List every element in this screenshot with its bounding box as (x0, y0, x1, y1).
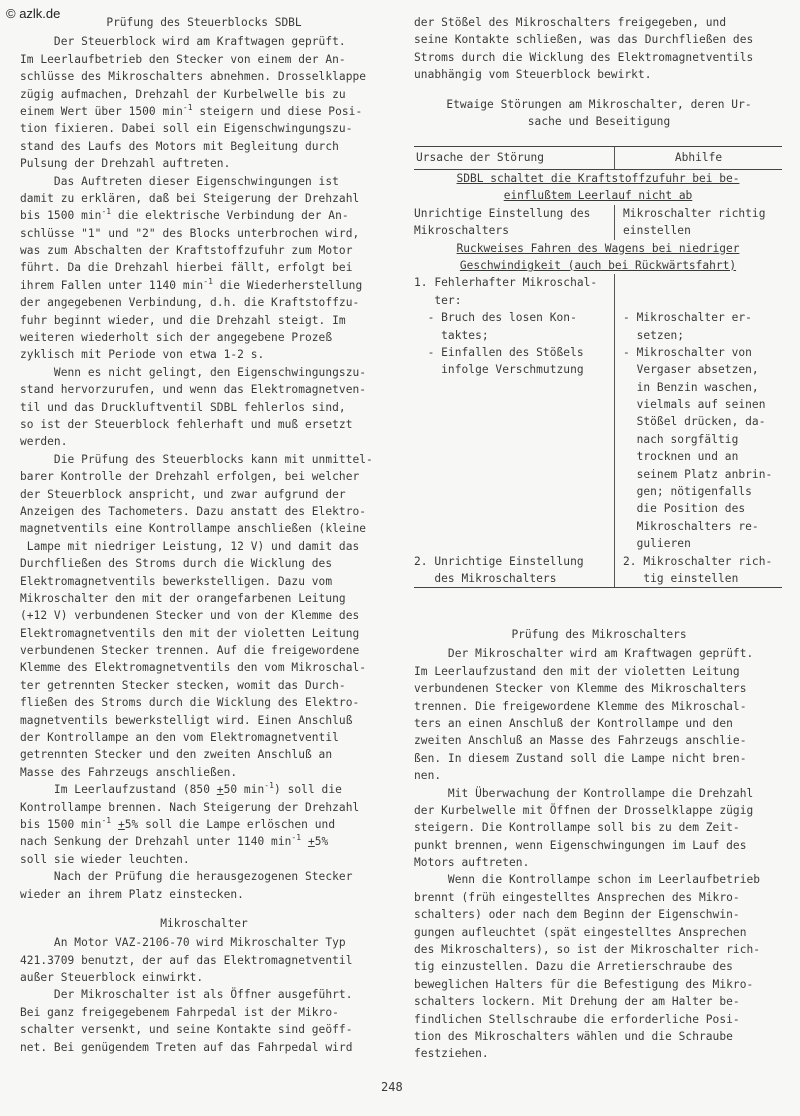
text-line: Durchfließen des Stroms durch die Wicklu… (20, 555, 388, 572)
text-line: schalters lockern. Mit Drehung der am Ha… (414, 993, 784, 1010)
text-line: Anzeigen des Tachometers. Dazu anstatt d… (20, 503, 388, 520)
section-title-pruefung-mikroschalter: Prüfung des Mikroschalters (414, 626, 784, 643)
text-line: schlüsse des Mikroschalters abnehmen. Dr… (20, 68, 388, 85)
caption-line: Etwaige Störungen am Mikroschalter, dere… (414, 96, 784, 113)
text-line: Elektromagnetventils den mit der violett… (20, 625, 388, 642)
section-title-steuerblock: Prüfung des Steuerblocks SDBL (20, 14, 388, 31)
troubleshooting-table: Ursache der Störung Abhilfe SDBL schalte… (414, 146, 782, 588)
left-body-text: Der Steuerblock wird am Kraftwagen geprü… (20, 33, 388, 903)
remedy-cell: 2. Mikroschalter rich- tig einstellen (615, 553, 782, 588)
text-line: verbundenen Stecker trennen. Auf die fre… (20, 642, 388, 659)
text-line: ter getrennten Stecker stecken, womit da… (20, 677, 388, 694)
text-line: barer Kontrolle der Drehzahl erfolgen, b… (20, 468, 388, 485)
table-section-title: Ruckweises Fahren des Wagens bei niedrig… (414, 240, 782, 257)
text-line: Das Auftreten dieser Eigenschwingungen i… (20, 173, 388, 190)
text-line: tig einzustellen. Dazu die Arretierschra… (414, 958, 784, 975)
text-line: so ist der Steuerblock fehlerhaft und mu… (20, 416, 388, 433)
table-section-title: Geschwindigkeit (auch bei Rückwärtsfahrt… (414, 257, 782, 274)
text-line: Der Steuerblock wird am Kraftwagen geprü… (20, 33, 388, 50)
text-line: festziehen. (414, 1045, 784, 1062)
cause-cell: Unrichtige Einstellung desMikroschalters (414, 205, 615, 240)
text-line: soll sie wieder leuchten. (20, 851, 388, 868)
table-header: Ursache der Störung Abhilfe (414, 147, 782, 169)
text-line: Im Leerlaufbetrieb den Stecker von einem… (20, 51, 388, 68)
text-line: nen. (414, 767, 784, 784)
text-line: damit zu erklären, daß bei Steigerung de… (20, 190, 388, 207)
section-title-mikroschalter: Mikroschalter (20, 915, 388, 932)
text-line: Mit Überwachung der Kontrollampe die Dre… (414, 785, 784, 802)
text-line: Bei ganz freigegebenem Fahrpedal ist der… (20, 1004, 388, 1021)
text-line: Motors auftreten. (414, 854, 784, 871)
text-line: Nach der Prüfung die herausgezogenen Ste… (20, 868, 388, 885)
text-line: An Motor VAZ-2106-70 wird Mikroschalter … (20, 934, 388, 951)
text-line: der Stößel des Mikroschalters freigegebe… (414, 14, 784, 31)
cause-cell: 2. Unrichtige Einstellung des Mikroschal… (414, 553, 615, 588)
right-intro-text: der Stößel des Mikroschalters freigegebe… (414, 14, 784, 84)
text-line: führt. Da die Drehzahl hierbei fällt, er… (20, 259, 388, 276)
header-cause: Ursache der Störung (414, 147, 615, 169)
text-line: Pulsung der Drehzahl auftreten. (20, 155, 388, 172)
text-line: magnetventils bewerkstelligt wird. Einen… (20, 712, 388, 729)
text-line: schalter versenkt, und seine Kontakte si… (20, 1021, 388, 1038)
text-line: getrennten Stecker und den zweiten Ansch… (20, 746, 388, 763)
text-line: außer Steuerblock einwirkt. (20, 969, 388, 986)
text-line: beweglichen Halters für die Befestigung … (414, 976, 784, 993)
text-line: wieder an ihrem Platz einstecken. (20, 886, 388, 903)
text-line: findlichen Stellschraube die erforderlic… (414, 1011, 784, 1028)
remedy-cell: Mikroschalter richtigeinstellen (615, 205, 782, 240)
text-line: Im Leerlaufzustand den mit der violetten… (414, 663, 784, 680)
text-line: steigern. Die Kontrollampe soll bis zu d… (414, 819, 784, 836)
text-line: des Mikroschalters), so ist der Mikrosch… (414, 941, 784, 958)
left-body-text-2: An Motor VAZ-2106-70 wird Mikroschalter … (20, 934, 388, 1056)
table-caption: Etwaige Störungen am Mikroschalter, dere… (414, 96, 784, 131)
left-column: Prüfung des Steuerblocks SDBL Der Steuer… (20, 0, 388, 1056)
text-line: zweiten Anschluß an Masse des Fahrzeugs … (414, 732, 784, 749)
text-line: gungen aufleuchtet (spät eingestelltes A… (414, 924, 784, 941)
text-line: ßen. In diesem Zustand soll die Lampe ni… (414, 750, 784, 767)
text-line: Elektromagnetventils bewerkstelligen. Da… (20, 573, 388, 590)
cause-cell: 1. Fehlerhafter Mikroschal- ter: - Bruch… (414, 274, 615, 552)
text-line: magnetventils eine Kontrollampe anschlie… (20, 520, 388, 537)
text-line: nach Senkung der Drehzahl unter 1140 min… (20, 833, 388, 850)
table-body: SDBL schaltet die Kraftstoffzufuhr bei b… (414, 170, 782, 587)
table-section-title: einflußtem Leerlauf nicht ab (414, 187, 782, 204)
right-column: der Stößel des Mikroschalters freigegebe… (414, 0, 784, 130)
table-row: 2. Unrichtige Einstellung des Mikroschal… (414, 553, 782, 588)
text-line: punkt brennen, wenn Eigenschwingungen im… (414, 837, 784, 854)
text-line: Mikroschalter den mit der orangefarbenen… (20, 590, 388, 607)
text-line: schlüsse "1" und "2" des Blocks unterbro… (20, 225, 388, 242)
text-line: tion des Mikroschalters wählen und die S… (414, 1028, 784, 1045)
page-number: 248 (381, 1080, 403, 1094)
text-line: bis 1500 min-1 +5% soll die Lampe erlösc… (20, 816, 388, 833)
text-line: tion fixieren. Dabei soll ein Eigenschwi… (20, 120, 388, 137)
right-column-lower: Prüfung des Mikroschalters Der Mikroscha… (414, 626, 784, 1063)
text-line: Stroms durch die Wicklung des Elektromag… (414, 49, 784, 66)
text-line: seine Kontakte schließen, was das Durchf… (414, 31, 784, 48)
text-line: bis 1500 min-1 die elektrische Verbindun… (20, 207, 388, 224)
text-line: Lampe mit niedriger Leistung, 12 V) und … (20, 538, 388, 555)
text-line: trennen. Die freigewordene Klemme des Mi… (414, 698, 784, 715)
text-line: was zum Abschalten der Kraftstoffzufuhr … (20, 242, 388, 259)
text-line: (+12 V) verbundenen Stecker und von der … (20, 607, 388, 624)
text-line: ihrem Fallen unter 1140 min-1 die Wieder… (20, 277, 388, 294)
text-line: stand hervorzurufen, und wenn das Elektr… (20, 381, 388, 398)
table-row: Unrichtige Einstellung desMikroschalters… (414, 205, 782, 240)
text-line: einem Wert über 1500 min-1 steigern und … (20, 103, 388, 120)
table-section-title: SDBL schaltet die Kraftstoffzufuhr bei b… (414, 170, 782, 187)
text-line: Im Leerlaufzustand (850 +50 min-1) soll … (20, 781, 388, 798)
text-line: der Kontrollampe an den vom Elektromagne… (20, 729, 388, 746)
text-line: der angegebenen Verbindung, d.h. die Kra… (20, 294, 388, 311)
table-bottom-rule (414, 587, 782, 588)
text-line: net. Bei genügendem Treten auf das Fahrp… (20, 1039, 388, 1056)
text-line: Die Prüfung des Steuerblocks kann mit un… (20, 451, 388, 468)
header-remedy: Abhilfe (615, 147, 782, 169)
text-line: ters an einen Anschluß der Kontrollampe … (414, 715, 784, 732)
text-line: weiteren wiederholt sich der angegebene … (20, 329, 388, 346)
text-line: Der Mikroschalter ist als Öffner ausgefü… (20, 986, 388, 1003)
text-line: til und das Druckluftventil SDBL fehlerl… (20, 399, 388, 416)
text-line: verbundenen Stecker von Klemme des Mikro… (414, 680, 784, 697)
text-line: zyklisch mit Periode von etwa 1-2 s. (20, 346, 388, 363)
text-line: 421.3709 benutzt, der auf das Elektromag… (20, 952, 388, 969)
text-line: Der Mikroschalter wird am Kraftwagen gep… (414, 645, 784, 662)
caption-line: sache und Beseitigung (414, 113, 784, 130)
text-line: brennt (früh eingestelltes Ansprechen de… (414, 889, 784, 906)
text-line: der Steuerblock anspricht, und zwar aufg… (20, 486, 388, 503)
text-line: zügig aufmachen, Drehzahl der Kurbelwell… (20, 86, 388, 103)
text-line: unabhängig vom Steuerblock bewirkt. (414, 66, 784, 83)
text-line: werden. (20, 433, 388, 450)
text-line: Wenn die Kontrollampe schon im Leerlaufb… (414, 871, 784, 888)
text-line: Kontrollampe brennen. Nach Steigerung de… (20, 799, 388, 816)
table-row: 1. Fehlerhafter Mikroschal- ter: - Bruch… (414, 274, 782, 552)
right-body-text: Der Mikroschalter wird am Kraftwagen gep… (414, 645, 784, 1062)
text-line: Masse des Fahrzeugs anschließen. (20, 764, 388, 781)
text-line: schalters) oder nach dem Beginn der Eige… (414, 906, 784, 923)
text-line: fuhr beginnt wieder, und die Drehzahl st… (20, 312, 388, 329)
text-line: der Kurbelwelle mit Öffnen der Drosselkl… (414, 802, 784, 819)
text-line: fließen des Stroms durch die Wicklung de… (20, 694, 388, 711)
text-line: Klemme des Elektromagnetventils den vom … (20, 659, 388, 676)
text-line: Wenn es nicht gelingt, den Eigenschwingu… (20, 364, 388, 381)
remedy-cell: - Mikroschalter er- setzen;- Mikroschalt… (615, 274, 782, 552)
text-line: stand des Laufs des Motors mit Begleitun… (20, 138, 388, 155)
